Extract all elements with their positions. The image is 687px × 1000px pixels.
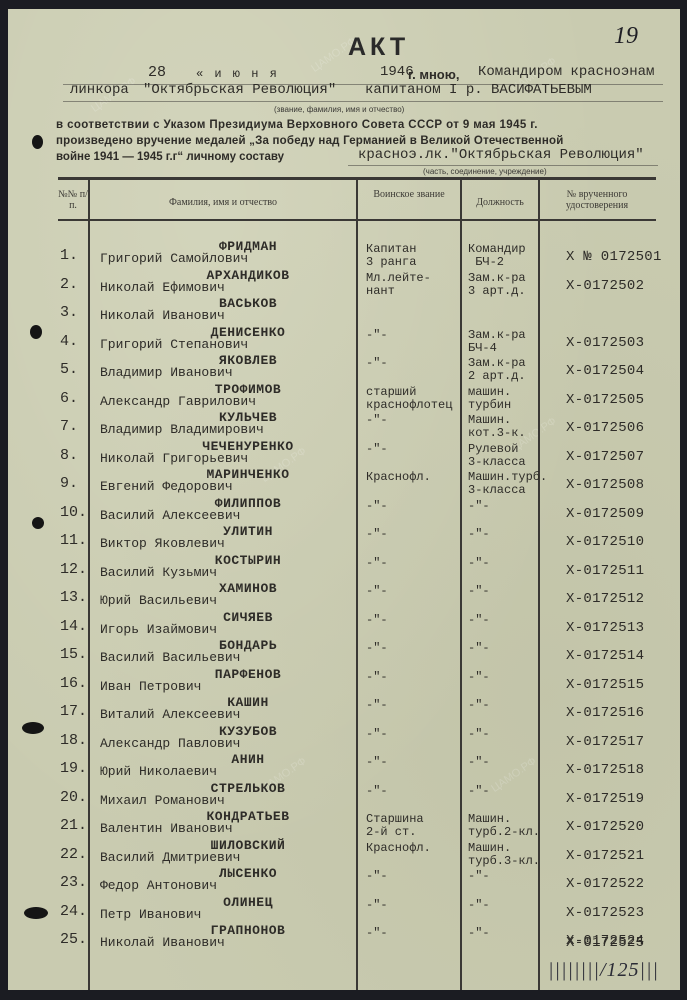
row-cert-number: Х-0172512: [566, 591, 644, 607]
row-cert-number: Х-0172505: [566, 392, 644, 408]
punch-hole: [30, 325, 42, 339]
row-given-name: Владимир Владимирович: [100, 422, 264, 437]
row-number: 8.: [60, 447, 90, 464]
tally-mark: ||||||||/125|||: [548, 959, 659, 982]
row-cert-number: Х-0172521: [566, 848, 644, 864]
row-rank: -"-: [366, 528, 388, 541]
row-given-name: Юрий Васильевич: [100, 593, 217, 608]
row-rank: старший краснофлотец: [366, 386, 452, 412]
row-cert-number: Х-0172515: [566, 677, 644, 693]
row-post: -"-: [468, 671, 490, 684]
row-rank: Краснофл.: [366, 471, 431, 484]
row-post: Зам.к-ра 3 арт.д.: [468, 272, 526, 298]
document-page: ЦАМО.РФ ЦАМО.РФ ЦАМО.РФ ЦАМО.РФ ЦАМО.РФ …: [8, 9, 680, 990]
row-post: Машин. кот.3-к.: [468, 414, 526, 440]
row-cert-number: Х-0172510: [566, 534, 644, 550]
row-rank: -"-: [366, 557, 388, 570]
caption-unit: (часть, соединение, учреждение): [423, 167, 547, 176]
row-number: 13.: [60, 589, 90, 606]
row-given-name: Игорь Изаймович: [100, 622, 217, 637]
row-cert-number: Х-0172514: [566, 648, 644, 664]
row-given-name: Николай Иванович: [100, 308, 225, 323]
row-given-name: Григорий Степанович: [100, 337, 248, 352]
row-number: 4.: [60, 333, 90, 350]
row-number: 10.: [60, 504, 90, 521]
row-post: -"-: [468, 557, 490, 570]
row-number: 3.: [60, 304, 90, 321]
row-post: Зам.к-ра 2 арт.д.: [468, 357, 526, 383]
row-cert-number: Х-0172513: [566, 620, 644, 636]
row-post: -"-: [468, 699, 490, 712]
row-given-name: Виталий Алексеевич: [100, 707, 240, 722]
row-given-name: Евгений Федорович: [100, 479, 233, 494]
column-divider: [538, 180, 540, 990]
row-given-name: Александр Павлович: [100, 736, 240, 751]
row-post: машин. турбин: [468, 386, 511, 412]
row-number: 11.: [60, 532, 90, 549]
row-rank: Капитан 3 ранга: [366, 243, 416, 269]
ship-name: "Октябрьская Революция": [143, 82, 336, 98]
row-given-name: Василий Васильевич: [100, 650, 240, 665]
punch-hole: [32, 517, 44, 529]
row-given-name: Василий Алексеевич: [100, 508, 240, 523]
row-rank: -"-: [366, 642, 388, 655]
row-rank: -"-: [366, 728, 388, 741]
punch-hole: [22, 722, 44, 734]
row-number: 19.: [60, 760, 90, 777]
row-number: 16.: [60, 675, 90, 692]
row-number: 17.: [60, 703, 90, 720]
row-number: 14.: [60, 618, 90, 635]
row-cert-number: Х-0172518: [566, 762, 644, 778]
row-post: -"-: [468, 585, 490, 598]
page-number: 19: [614, 23, 638, 50]
row-given-name: Валентин Иванович: [100, 821, 233, 836]
col-header-num: №№ п/п.: [58, 189, 88, 211]
row-rank: -"-: [366, 585, 388, 598]
row-number: 1.: [60, 247, 90, 264]
decree-line2: произведено вручение медалей „За победу …: [56, 135, 563, 147]
row-number: 9.: [60, 475, 90, 492]
row-post: -"-: [468, 899, 490, 912]
row-given-name: Николай Ефимович: [100, 280, 225, 295]
row-rank: -"-: [366, 443, 388, 456]
row-cert-number: Х-0172509: [566, 506, 644, 522]
row-cert-number: Х-0172504: [566, 363, 644, 379]
author-line1: Командиром красноэнам: [478, 64, 654, 80]
row-rank: -"-: [366, 414, 388, 427]
act-year-suffix: г. мною,: [408, 67, 459, 82]
document-title: АКТ: [348, 33, 409, 62]
row-rank: -"-: [366, 756, 388, 769]
column-divider: [88, 180, 90, 990]
row-post: -"-: [468, 785, 490, 798]
row-cert-number: Х-0172520: [566, 819, 644, 835]
row-given-name: Александр Гаврилович: [100, 394, 256, 409]
row-post: Командир БЧ-2: [468, 243, 526, 269]
captain-name: капитаном I р. ВАСИФАТЬЕВЫМ: [365, 82, 592, 98]
line2-prefix: линкора: [70, 82, 129, 98]
act-day: 28: [148, 64, 166, 81]
row-rank: -"-: [366, 614, 388, 627]
row-cert-number: Х № 0172501: [566, 249, 662, 265]
row-given-name: Владимир Иванович: [100, 365, 233, 380]
row-number: 23.: [60, 874, 90, 891]
row-number: 24.: [60, 903, 90, 920]
row-cert-number: Х-0172519: [566, 791, 644, 807]
row-post: Рулевой 3-класса: [468, 443, 526, 469]
row-given-name: Григорий Самойлович: [100, 251, 248, 266]
row-post: -"-: [468, 756, 490, 769]
row-post: Машин. турб.2-кл.: [468, 813, 540, 839]
row-cert-number: Х-0172511: [566, 563, 644, 579]
row-rank: -"-: [366, 699, 388, 712]
col-header-name: Фамилия, имя и отчество: [90, 197, 356, 208]
row-number: 15.: [60, 646, 90, 663]
row-number: 18.: [60, 732, 90, 749]
row-rank: -"-: [366, 927, 388, 940]
row-post: -"-: [468, 927, 490, 940]
row-number: 6.: [60, 390, 90, 407]
col-header-post: Должность: [462, 197, 538, 208]
row-given-name: Виктор Яковлевич: [100, 536, 225, 551]
decree-line3: войне 1941 — 1945 г.г“ личному составу: [56, 151, 284, 163]
row-rank: -"-: [366, 357, 388, 370]
row-rank: -"-: [366, 500, 388, 513]
caption-author: (звание, фамилия, имя и отчество): [274, 105, 404, 114]
row-number: 2.: [60, 276, 90, 293]
row-given-name: Федор Антонович: [100, 878, 217, 893]
col-header-cert: № врученного удостоверения: [542, 189, 652, 211]
unit-name: красноэ.лк."Октябрьская Революция": [358, 147, 644, 163]
row-number: 20.: [60, 789, 90, 806]
row-post: -"-: [468, 528, 490, 541]
row-given-name: Юрий Николаевич: [100, 764, 217, 779]
row-cert-number: Х-0172508: [566, 477, 644, 493]
row-post: -"-: [468, 642, 490, 655]
row-post: -"-: [468, 500, 490, 513]
row-post: Машин.турб. 3-класса: [468, 471, 547, 497]
row-post: -"-: [468, 728, 490, 741]
row-rank: -"-: [366, 870, 388, 883]
row-cert-number: Х-0172506: [566, 420, 644, 436]
column-divider: [356, 180, 358, 990]
row-number: 21.: [60, 817, 90, 834]
row-rank: Краснофл.: [366, 842, 431, 855]
row-given-name: Николай Григорьевич: [100, 451, 248, 466]
row-cert-number: Х-0172502: [566, 278, 644, 294]
row-rank: -"-: [366, 899, 388, 912]
row-post: Зам.к-ра БЧ-4: [468, 329, 526, 355]
row-rank: Мл.лейте- нант: [366, 272, 431, 298]
row-post: -"-: [468, 870, 490, 883]
row-number: 5.: [60, 361, 90, 378]
punch-hole: [24, 907, 48, 919]
row-given-name: Михаил Романович: [100, 793, 225, 808]
row-number: 22.: [60, 846, 90, 863]
row-rank: -"-: [366, 671, 388, 684]
punch-hole: [32, 135, 43, 149]
row-cert-number: Х-0172516: [566, 705, 644, 721]
row-given-name: Петр Иванович: [100, 907, 201, 922]
row-cert-number: Х-0172522: [566, 876, 644, 892]
column-divider: [460, 180, 462, 990]
row-number: 12.: [60, 561, 90, 578]
watermark: ЦАМО.РФ: [489, 755, 538, 795]
row-post: Машин. турб.3-кл.: [468, 842, 540, 868]
row-rank: Старшина 2-й ст.: [366, 813, 424, 839]
col-header-rank: Воинское звание: [358, 189, 460, 200]
row-cert-number: Х-0172507: [566, 449, 644, 465]
row-post: -"-: [468, 614, 490, 627]
decree-line1: в соответствии с Указом Президиума Верхо…: [56, 119, 538, 131]
row-number: 7.: [60, 418, 90, 435]
extra-cert: Х-0172525: [566, 935, 644, 951]
row-number: 25.: [60, 931, 90, 948]
row-cert-number: Х-0172517: [566, 734, 644, 750]
row-cert-number: Х-0172523: [566, 905, 644, 921]
row-cert-number: Х-0172503: [566, 335, 644, 351]
row-given-name: Иван Петрович: [100, 679, 201, 694]
row-rank: -"-: [366, 785, 388, 798]
row-given-name: Василий Дмитриевич: [100, 850, 240, 865]
row-rank: -"-: [366, 329, 388, 342]
row-given-name: Николай Иванович: [100, 935, 225, 950]
act-month: « и ю н я: [196, 67, 279, 81]
row-given-name: Василий Кузьмич: [100, 565, 217, 580]
